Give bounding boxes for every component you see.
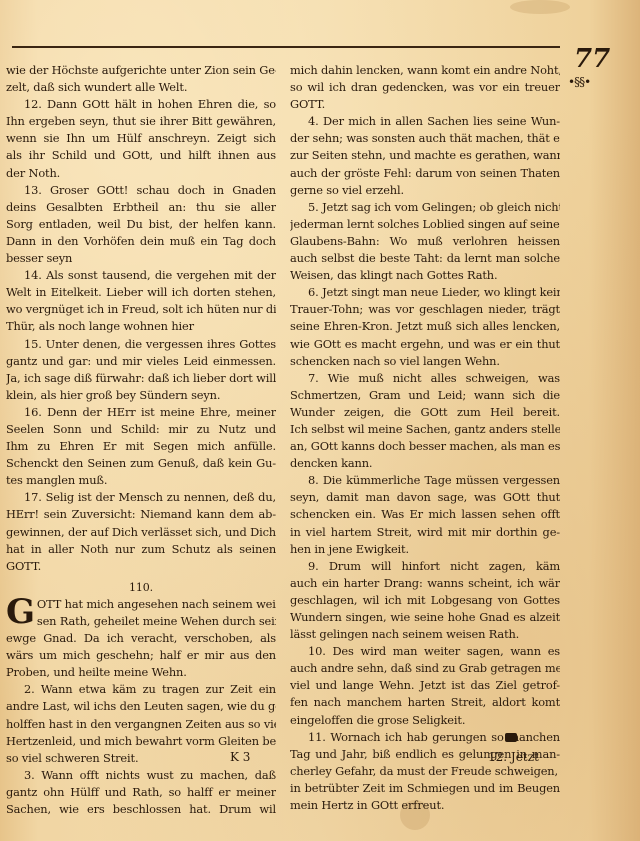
text-line: wie der Höchste aufgerichte unter Zion s… — [6, 62, 276, 79]
text-line: Sachen, wie ers beschlossen hat. Drum wi… — [6, 801, 276, 818]
text-line: in betrübter Zeit im Schmiegen und im Be… — [290, 780, 560, 797]
ornament-icon: •§§• — [568, 76, 590, 88]
text-line: andre Last, wil ichs den Leuten sagen, w… — [6, 698, 276, 715]
text-line: tes manglen muß. — [6, 472, 276, 489]
text-line: hat in aller Noth nur zum Schutz als sei… — [6, 541, 276, 558]
verse-16-first-line: 16. Denn der HErr ist meine Ehre, meiner — [6, 404, 276, 421]
text-line: seine Ehren-Kron. Jetzt muß sich alles l… — [290, 318, 560, 335]
text-line: gantz ohn Hülff und Rath, so halff er me… — [6, 784, 276, 801]
verse-12-first-line: 12. Dann GOtt hält in hohen Ehren die, s… — [6, 96, 276, 113]
scanned-page: 77 •§§• wie der Höchste aufgerichte unte… — [0, 0, 640, 841]
text-line: hen in jene Ewigkeit. — [290, 541, 560, 558]
text-line: als ihr Schild und GOtt, und hilft ihnen… — [6, 147, 276, 164]
text-line: OTT hat mich angesehen nach seinem wei- — [37, 596, 276, 613]
catchword: 12. Jetzt — [488, 750, 539, 764]
verse-15-first-line: 15. Unter denen, die vergessen ihres Got… — [6, 336, 276, 353]
text-line: ewge Gnad. Da ich veracht, verschoben, a… — [6, 630, 276, 647]
text-line: GOTT. — [290, 96, 560, 113]
verse-7-first-line: 7. Wie muß nicht alles schweigen, was — [290, 370, 560, 387]
verse-number: 2. — [24, 682, 35, 696]
verse-number: 12. — [24, 97, 42, 111]
verse-number: 17. — [24, 490, 42, 504]
text-line: Weisen, das klingt nach Gottes Rath. — [290, 267, 560, 284]
text-line: Seelen Sonn und Schild: mir zu Nutz und — [6, 421, 276, 438]
text-line: der Noth. — [6, 165, 276, 182]
verse-2-first-line: 2. Wann etwa käm zu tragen zur Zeit ein — [6, 681, 276, 698]
verse-13-first-line: 13. Groser GOtt! schau doch in Gnaden — [6, 182, 276, 199]
text-line: gerne so viel erzehl. — [290, 182, 560, 199]
right-column: mich dahin lencken, wann komt ein andre … — [290, 62, 560, 814]
text-line: wie GOtt es macht ergehn, und was er ein… — [290, 336, 560, 353]
text-line: holffen hast in den vergangnen Zeiten au… — [6, 716, 276, 733]
text-line: klein, als hier groß bey Sündern seyn. — [6, 387, 276, 404]
hymn-number: 110. — [6, 579, 276, 596]
text-line: auch ein harter Drang: wanns scheint, ic… — [290, 575, 560, 592]
text-line: auch andre sehn, daß sind zu Grab getrag… — [290, 660, 560, 677]
text-line: deins Gesalbten Erbtheil an: thu sie all… — [6, 199, 276, 216]
verse-11-first-line: 11. Wornach ich hab gerungen so manchen — [290, 729, 560, 746]
text-line: zur Seiten stehn, und machte es gerathen… — [290, 147, 560, 164]
text-line: so wil ich dran gedencken, was vor ein t… — [290, 79, 560, 96]
verse-number: 16. — [24, 405, 42, 419]
verse-number: 10. — [308, 644, 326, 658]
text-line: Sorg entladen, weil Du bist, der helfen … — [6, 216, 276, 233]
verse-number: 9. — [308, 559, 319, 573]
text-line: lässt gelingen nach seinem weisen Rath. — [290, 626, 560, 643]
verse-17-first-line: 17. Selig ist der Mensch zu nennen, deß … — [6, 489, 276, 506]
verse-number: 14. — [24, 268, 42, 282]
text-line: Thür, als noch lange wohnen hier — [6, 318, 276, 335]
verse-8-first-line: 8. Die kümmerliche Tage müssen vergessen — [290, 472, 560, 489]
text-line: auch der gröste Fehl: darum von seinen T… — [290, 165, 560, 182]
page-number: 77 — [574, 46, 610, 72]
text-line: an, GOtt kanns doch besser machen, als m… — [290, 438, 560, 455]
signature-mark: K 3 — [230, 750, 250, 764]
text-line: cherley Gefahr, da must der Freude schwe… — [290, 763, 560, 780]
verse-number: 3. — [24, 768, 35, 782]
text-line: seyn, damit man davon sage, was GOtt thu… — [290, 489, 560, 506]
verse-14-first-line: 14. Als sonst tausend, die vergehen mit … — [6, 267, 276, 284]
verse-number: 15. — [24, 337, 42, 351]
left-column: wie der Höchste aufgerichte unter Zion s… — [6, 62, 276, 818]
text-line: geschlagen, wil ich mit Lobgesang von Go… — [290, 592, 560, 609]
text-line: Ihm zu Ehren Er mit Segen mich anfülle. — [6, 438, 276, 455]
text-line: Wunder zeigen, die GOtt zum Heil bereit. — [290, 404, 560, 421]
text-line: schencken ein. Was Er mich lassen sehen … — [290, 506, 560, 523]
text-line: gewinnen, der auf Dich verlässet sich, u… — [6, 524, 276, 541]
verse-number: 7. — [308, 371, 319, 385]
text-line: Ja, ich sage diß fürwahr: daß ich lieber… — [6, 370, 276, 387]
text-line: Schmertzen, Gram und Leid; wann sich die — [290, 387, 560, 404]
verse-3-first-line: 3. Wann offt nichts wust zu machen, daß — [6, 767, 276, 784]
text-line: fen nach manchem harten Streit, aldort k… — [290, 694, 560, 711]
verse-number: 8. — [308, 473, 319, 487]
text-line: Welt in Eitelkeit. Lieber will ich dorte… — [6, 284, 276, 301]
text-line: wo vergnüget ich in Freud, solt ich hüte… — [6, 301, 276, 318]
text-line: Glaubens-Bahn: Wo muß verlohren heissen — [290, 233, 560, 250]
verse-9-first-line: 9. Drum will hinfort nicht zagen, käm — [290, 558, 560, 575]
text-line: Wundern singen, wie seine hohe Gnad es a… — [290, 609, 560, 626]
text-line: Ihn ergeben seyn, thut sie ihrer Bitt ge… — [6, 113, 276, 130]
text-line: schencken nach so viel langen Wehn. — [290, 353, 560, 370]
text-line: GOTT. — [6, 558, 276, 575]
text-line: viel und lange Wehn. Jetzt ist das Ziel … — [290, 677, 560, 694]
ink-blot — [505, 733, 517, 742]
text-line: Ich selbst wil meine Sachen, gantz ander… — [290, 421, 560, 438]
verse-number: 4. — [308, 114, 319, 128]
text-line: mich dahin lencken, wann komt ein andre … — [290, 62, 560, 79]
verse-4-first-line: 4. Der mich in allen Sachen lies seine W… — [290, 113, 560, 130]
verse-5-first-line: 5. Jetzt sag ich vom Gelingen; ob gleich… — [290, 199, 560, 216]
text-line: eingeloffen die grose Seligkeit. — [290, 712, 560, 729]
text-line: in viel hartem Streit, wird mit mir dort… — [290, 524, 560, 541]
text-line: Hertzenleid, und mich bewahrt vorm Gleit… — [6, 733, 276, 750]
text-line: gantz und gar: und mir vieles Leid einme… — [6, 353, 276, 370]
verse-number: 6. — [308, 285, 319, 299]
text-line: zelt, daß sich wundert alle Welt. — [6, 79, 276, 96]
verse-number: 13. — [24, 183, 42, 197]
text-line: wärs um mich geschehn; half er mir aus d… — [6, 647, 276, 664]
text-line: Dann in den Vorhöfen dein muß ein Tag do… — [6, 233, 276, 250]
text-line: Trauer-Tohn; was vor geschlagen nieder, … — [290, 301, 560, 318]
text-line: mein Hertz in GOtt erfreut. — [290, 797, 560, 814]
verse-10-first-line: 10. Des wird man weiter sagen, wann es — [290, 643, 560, 660]
text-line: besser seyn — [6, 250, 276, 267]
text-line: jederman lernt solches Loblied singen au… — [290, 216, 560, 233]
paper-stain — [510, 0, 570, 14]
text-line: der sehn; was sonsten auch thät machen, … — [290, 130, 560, 147]
text-line: dencken kann. — [290, 455, 560, 472]
header-rule — [12, 46, 560, 48]
drop-cap: G — [6, 597, 35, 627]
text-line: HErr! sein Zuversicht: Niemand kann dem … — [6, 506, 276, 523]
text-line: Schenckt den Seinen zum Genuß, daß kein … — [6, 455, 276, 472]
text-line: auch selbst die beste Taht: da lernt man… — [290, 250, 560, 267]
text-line: wenn sie Ihn um Hülf anschreyn. Zeigt si… — [6, 130, 276, 147]
verse-6-first-line: 6. Jetzt singt man neue Lieder, wo kling… — [290, 284, 560, 301]
text-line: sen Rath, geheilet meine Wehen durch sei… — [37, 613, 276, 630]
hymn-first-verse: G OTT hat mich angesehen nach seinem wei… — [6, 596, 276, 681]
verse-number: 5. — [308, 200, 319, 214]
text-line: Proben, und heilte meine Wehn. — [6, 664, 276, 681]
verse-number: 11. — [308, 730, 326, 744]
